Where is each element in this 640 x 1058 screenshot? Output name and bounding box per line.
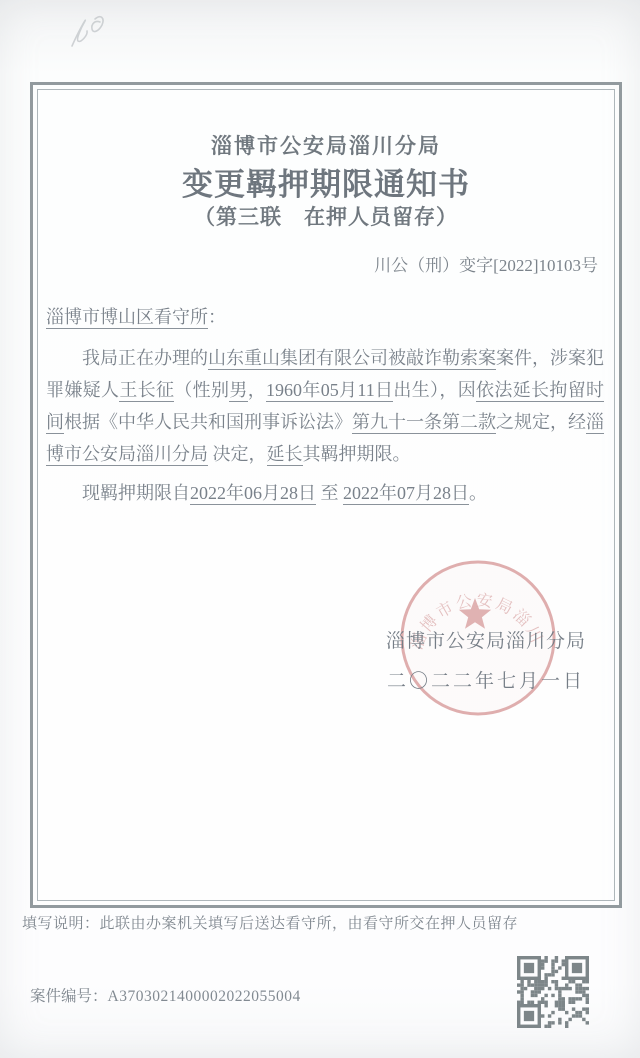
handwritten-mark: [50, 6, 120, 61]
document-number: 川公（刑）变字[2022]10103号: [38, 251, 614, 276]
signature-date: 二〇二二年七月一日: [348, 666, 624, 693]
document-border-frame-inner: 淄博市公安局淄川分局 变更羁押期限通知书 （第三联 在押人员留存） 川公（刑）变…: [37, 89, 615, 901]
document-body: 我局正在办理的山东重山集团有限公司被敲诈勒索案案件，涉案犯罪嫌疑人王长征（性别男…: [46, 342, 604, 509]
filling-instructions: 填写说明：此联由办案机关填写后送达看守所，由看守所交在押人员留存: [22, 912, 518, 933]
case-number-line: 案件编号：A3703021400002022055004: [30, 984, 301, 1006]
signature-authority: 淄博市公安局淄川分局: [348, 626, 624, 653]
issuing-authority-title: 淄博市公安局淄川分局: [38, 130, 614, 160]
addressee-line: 淄博市博山区看守所：: [46, 303, 226, 329]
scanned-notice-page: { "colors": { "ink": "#79818a", "title_i…: [0, 0, 640, 1058]
case-number-value: A3703021400002022055004: [108, 988, 301, 1005]
document-title: 变更羁押期限通知书: [38, 159, 614, 204]
copy-designation: （第三联 在押人员留存）: [38, 201, 614, 231]
case-number-label: 案件编号：: [30, 988, 108, 1005]
body-paragraph-1: 我局正在办理的山东重山集团有限公司被敲诈勒索案案件，涉案犯罪嫌疑人王长征（性别男…: [46, 342, 604, 470]
document-border-frame: 淄博市公安局淄川分局 变更羁押期限通知书 （第三联 在押人员留存） 川公（刑）变…: [30, 82, 622, 908]
qr-code: [517, 956, 589, 1028]
body-paragraph-2: 现羁押期限自2022年06月28日 至 2022年07月28日。: [46, 477, 604, 509]
